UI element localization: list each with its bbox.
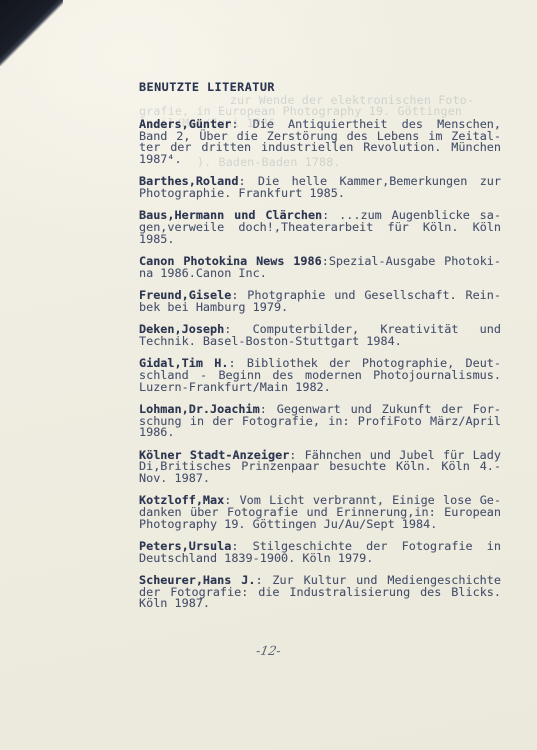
entry-text: 1987⁴. bbox=[139, 152, 182, 166]
entry-line: Photographie. Frankfurt 1985. bbox=[139, 188, 501, 200]
entry-text: Deutschland 1839-1900. Köln 1979. bbox=[139, 551, 373, 565]
entry-text: Photography 19. Göttingen Ju/Au/Sept 198… bbox=[139, 517, 437, 531]
entry-text: na 1986.Canon Inc. bbox=[139, 266, 267, 280]
bleed-through-line: zur Wende der elektronischen Foto- bbox=[230, 95, 474, 107]
bibliography-entry: Lohman,Dr.Joachim: Gegenwart und Zukunft… bbox=[139, 404, 501, 439]
bleed-through-line: grafie, in European Photography 19. Gött… bbox=[139, 106, 462, 118]
entry-line: Technik. Basel-Boston-Stuttgart 1984. bbox=[139, 336, 501, 348]
bibliography-entry: Peters,Ursula: Stilgeschichte der Fotogr… bbox=[139, 541, 501, 564]
page-number: -12- bbox=[0, 643, 537, 658]
entry-text: gen,verweile doch!,Theaterarbeit für Köl… bbox=[139, 220, 501, 234]
entry-text: ter der dritten industriellen Revolution… bbox=[139, 140, 501, 154]
bibliography-entry: Kölner Stadt-Anzeiger: Fähnchen und Jube… bbox=[139, 450, 501, 485]
bibliography-entry: Freund,Gisele: Photgraphie und Gesellsch… bbox=[139, 290, 501, 313]
entry-line: ter der dritten industriellen Revolution… bbox=[139, 142, 501, 154]
entry-text: schung in der Fotografie, in: ProfiFoto … bbox=[139, 414, 501, 428]
entry-line: bek bei Hamburg 1979. bbox=[139, 302, 501, 314]
entry-line: gen,verweile doch!,Theaterarbeit für Köl… bbox=[139, 222, 501, 234]
entry-line: Luzern-Frankfurt/Main 1982. bbox=[139, 382, 501, 394]
entry-text: Köln 1987. bbox=[139, 596, 210, 610]
entry-line: 1985. bbox=[139, 234, 501, 246]
entry-line: Deutschland 1839-1900. Köln 1979. bbox=[139, 553, 501, 565]
entry-line: 1987⁴. bbox=[139, 154, 501, 166]
page-corner-fold bbox=[0, 0, 63, 66]
entry-text: Nov. 1987. bbox=[139, 471, 210, 485]
bibliography-entry: Gidal,Tim H.: Bibliothek der Photographi… bbox=[139, 358, 501, 393]
entry-line: Köln 1987. bbox=[139, 598, 501, 610]
entry-line: na 1986.Canon Inc. bbox=[139, 268, 501, 280]
bibliography-entry: Scheurer,Hans J.: Zur Kultur und Medieng… bbox=[139, 575, 501, 610]
entry-line: Photography 19. Göttingen Ju/Au/Sept 198… bbox=[139, 519, 501, 531]
bibliography-entry: Barthes,Roland: Die helle Kammer,Bemerku… bbox=[139, 176, 501, 199]
entry-text: Luzern-Frankfurt/Main 1982. bbox=[139, 380, 331, 394]
entry-text: Technik. Basel-Boston-Stuttgart 1984. bbox=[139, 334, 402, 348]
entry-text: 1985. bbox=[139, 232, 175, 246]
bibliography-entry: Kotzloff,Max: Vom Licht verbrannt, Einig… bbox=[139, 495, 501, 530]
entry-text: 1986. bbox=[139, 425, 175, 439]
bibliography-entry: Canon Photokina News 1986:Spezial-Ausgab… bbox=[139, 256, 501, 279]
bibliography-entry: Deken,Joseph: Computerbilder, Kreativitä… bbox=[139, 324, 501, 347]
entry-text: :Spezial-Ausgabe Photoki- bbox=[322, 254, 501, 268]
scanned-page: BENUTZTE LITERATUR zur Wende der elektro… bbox=[0, 0, 537, 750]
entry-line: 1986. bbox=[139, 427, 501, 439]
bibliography-list: Anders,Günter: Die Antiquiertheit des Me… bbox=[139, 119, 501, 621]
entry-text: Photographie. Frankfurt 1985. bbox=[139, 186, 345, 200]
entry-line: schung in der Fotografie, in: ProfiFoto … bbox=[139, 416, 501, 428]
entry-line: Nov. 1987. bbox=[139, 473, 501, 485]
entry-text: bek bei Hamburg 1979. bbox=[139, 300, 288, 314]
bibliography-entry: Baus,Hermann und Clärchen: ...zum Augenb… bbox=[139, 210, 501, 245]
bibliography-entry: Anders,Günter: Die Antiquiertheit des Me… bbox=[139, 119, 501, 166]
page-title: BENUTZTE LITERATUR bbox=[139, 81, 275, 93]
